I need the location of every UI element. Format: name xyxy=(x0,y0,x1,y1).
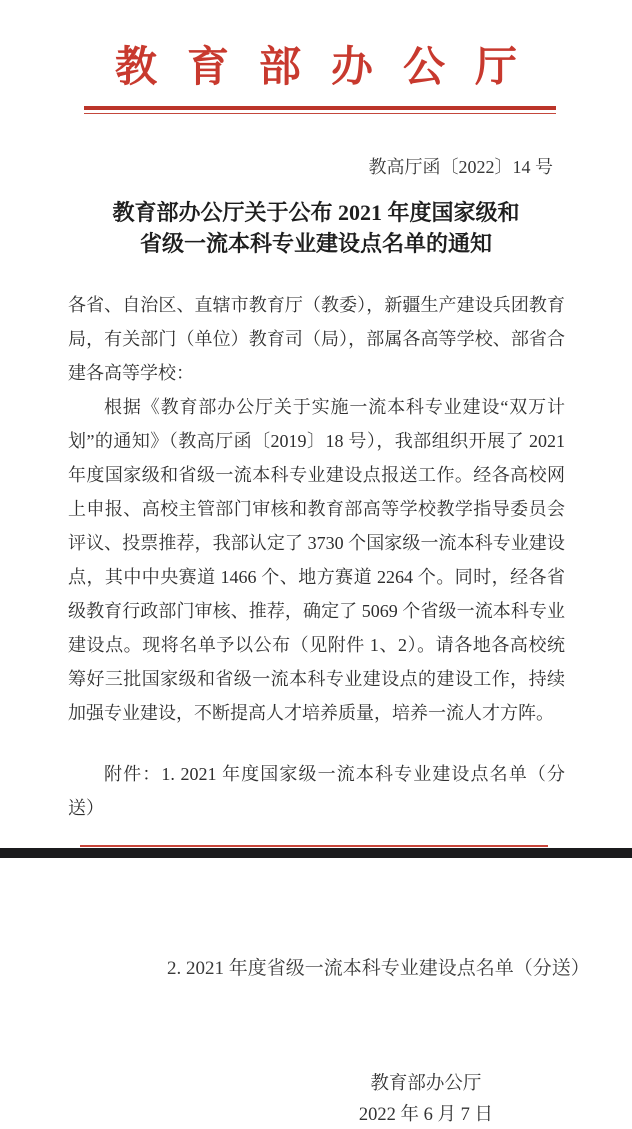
signature-org: 教育部办公厅 xyxy=(359,1073,493,1095)
document-title: 教育部办公厅关于公布 2021 年度国家级和 省级一流本科专业建设点名单的通知 xyxy=(0,197,632,259)
letterhead-divider-thin-line xyxy=(84,113,556,114)
document-title-line1: 教育部办公厅关于公布 2021 年度国家级和 xyxy=(0,197,632,228)
document-page: 教育部办公厅 教高厅函〔2022〕14 号 教育部办公厅关于公布 2021 年度… xyxy=(0,0,632,1129)
document-body: 各省、自治区、直辖市教育厅（教委），新疆生产建设兵团教育局，有关部门（单位）教育… xyxy=(68,288,565,825)
page-break-bar xyxy=(0,848,632,858)
letterhead-org-name: 教育部办公厅 xyxy=(0,0,632,92)
recipients-line: 各省、自治区、直辖市教育厅（教委），新疆生产建设兵团教育局，有关部门（单位）教育… xyxy=(68,288,565,390)
document-title-line2: 省级一流本科专业建设点名单的通知 xyxy=(0,228,632,259)
attachment-line-1: 附件：1. 2021 年度国家级一流本科专业建设点名单（分送） xyxy=(68,757,565,825)
signature-date: 2022 年 6 月 7 日 xyxy=(359,1104,493,1126)
footer-divider-thin-line xyxy=(80,845,548,847)
signature-block: 教育部办公厅 2022 年 6 月 7 日 xyxy=(359,1073,493,1126)
letterhead-divider-thick-line xyxy=(84,106,556,110)
body-paragraph: 根据《教育部办公厅关于实施一流本科专业建设“双万计划”的通知》（教高厅函〔201… xyxy=(68,390,565,730)
letterhead-divider xyxy=(84,106,556,114)
attachment-line-2: 2. 2021 年度省级一流本科专业建设点名单（分送） xyxy=(167,957,590,981)
document-number: 教高厅函〔2022〕14 号 xyxy=(0,156,632,178)
